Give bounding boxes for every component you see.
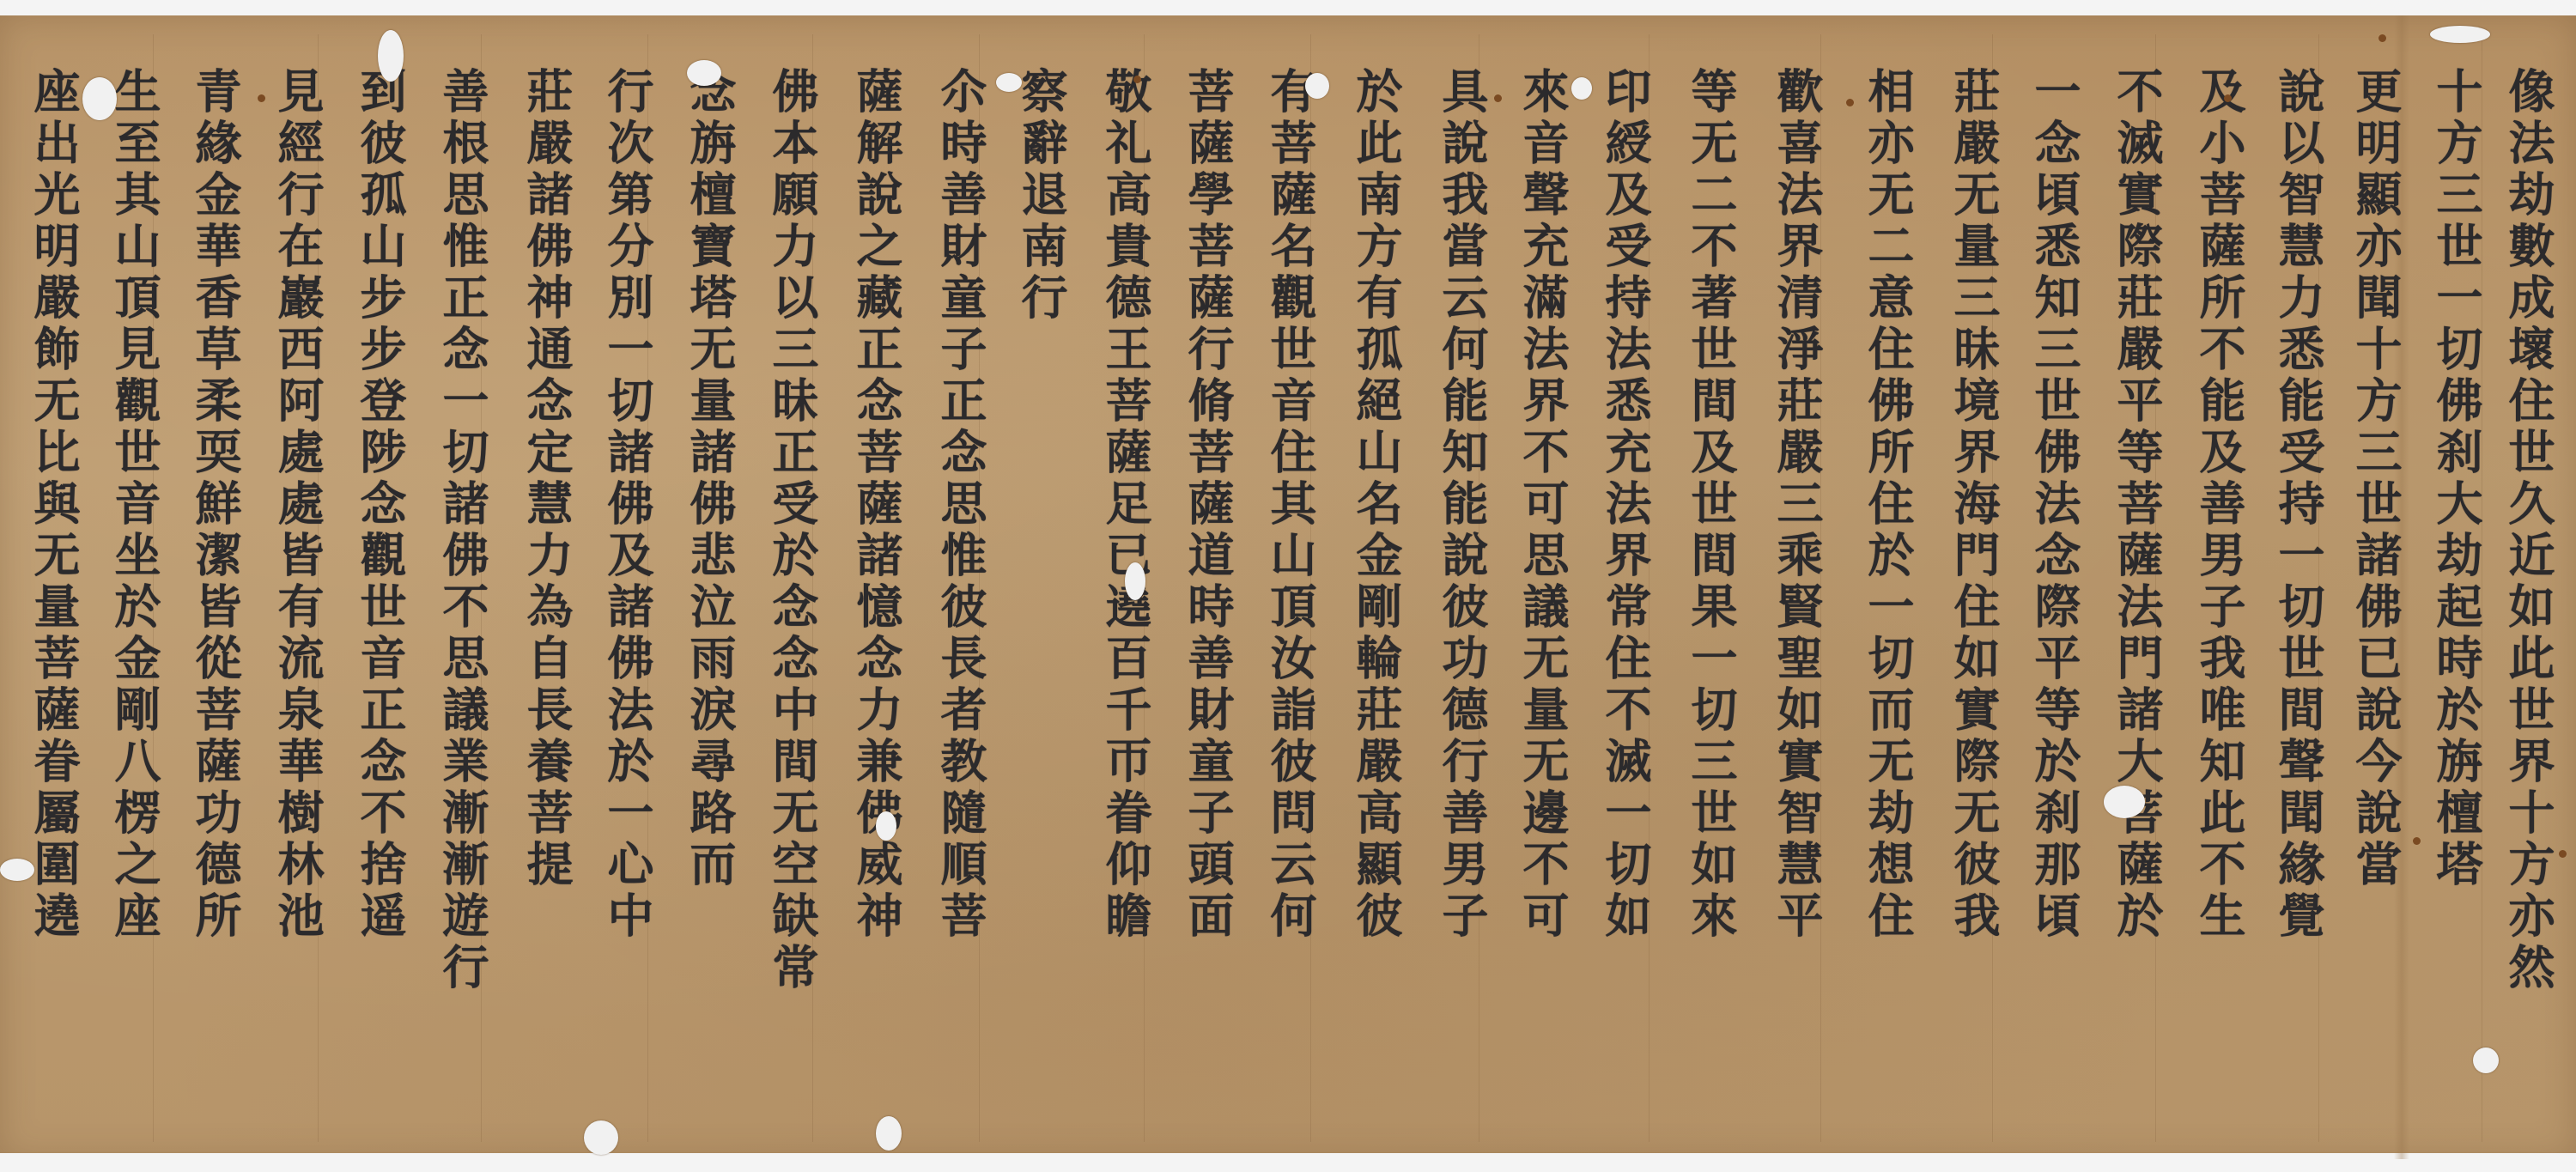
damage-hole [1125, 562, 1145, 600]
stain-spot [2413, 837, 2421, 845]
stain-spot [2559, 850, 2567, 858]
scroll-bottom-edge [0, 1153, 2576, 1172]
damage-hole [2104, 786, 2145, 818]
text-column-2: 十方三世一切佛刹大劫起時於旃檀塔 [2433, 67, 2480, 891]
stain-spot [1494, 94, 1502, 102]
text-column-28: 見經行在巖西阿處處皆有流泉華樹林池 [275, 67, 321, 943]
stain-spot [2224, 94, 2232, 102]
text-column-15: 於此南方有孤絕山名金剛輪莊嚴高顯彼 [1353, 67, 1400, 943]
stain-spot [258, 94, 265, 102]
damage-hole [0, 859, 34, 881]
stain-spot [2379, 34, 2386, 42]
text-column-10: 歡喜法界清淨莊嚴三乘賢聖如實智慧平 [1774, 67, 1820, 943]
damage-hole [687, 60, 721, 86]
text-column-30: 生至其山頂見觀世音坐於金剛八楞之座 [112, 67, 158, 943]
text-column-24: 行次第分別一切諸佛及諸佛法於一心中 [605, 67, 651, 943]
text-column-5: 及小菩薩所不能及善男子我唯知此不生 [2196, 67, 2243, 943]
text-column-11: 等无二不著世間及世間果一切三世如來 [1688, 67, 1735, 943]
text-column-19: 察辭退南行 [1018, 67, 1065, 325]
damage-hole [1571, 77, 1592, 100]
text-column-26: 善根思惟正念一切諸佛不思議業漸漸遊行 [440, 67, 486, 994]
stain-spot [1133, 76, 1141, 83]
text-column-8: 莊嚴无量三昧境界海門住如實際无彼我 [1951, 67, 1997, 943]
text-column-14: 具說我當云何能知能說彼功德行善男子 [1439, 67, 1485, 943]
text-column-4: 說以智慧力悉能受持一切世間聲聞緣覺 [2275, 67, 2322, 943]
text-column-7: 一念頃悉知三世佛法念際平等於刹那頃 [2032, 67, 2078, 943]
text-column-12: 印綬及受持法悉充法界常住不滅一切如 [1602, 67, 1649, 943]
text-column-13: 來音聲充滿法界不可思議无量无邊不可 [1520, 67, 1566, 943]
damage-hole [2473, 1048, 2499, 1073]
text-column-21: 薩解說之藏正念菩薩諸憶念力兼佛威神 [854, 67, 900, 943]
text-column-22: 佛本願力以三昧正受於念念中間无空缺常 [769, 67, 816, 994]
text-column-18: 敬礼高貴德王菩薩足已遶百千帀眷仰瞻 [1103, 67, 1149, 943]
text-column-20: 尒時善財童子正念思惟彼長者教隨順菩 [938, 67, 984, 943]
text-column-3: 更明顯亦聞十方三世諸佛已說今說當 [2353, 67, 2399, 891]
damage-hole [584, 1120, 618, 1155]
stain-spot [1846, 99, 1854, 106]
damage-hole [996, 73, 1022, 92]
damage-hole [82, 77, 117, 120]
text-column-1: 像法劫數成壞住世久近如此世界十方亦然 [2506, 67, 2552, 994]
text-column-16: 有菩薩名觀世音住其山頂汝詣彼問云何 [1267, 67, 1314, 943]
text-column-27: 到彼孤山步步登陟念觀世音正念不捨遥 [357, 67, 404, 943]
text-column-31: 座出光明嚴飾无比與无量菩薩眷屬圍遶 [31, 67, 77, 943]
text-column-9: 相亦无二意住佛所住於一切而无劫想住 [1865, 67, 1911, 943]
text-column-17: 菩薩學菩薩行脩菩薩道時善財童子頭面 [1185, 67, 1231, 943]
text-column-29: 青緣金華香草柔耎鮮潔皆從菩薩功德所 [192, 67, 239, 943]
text-column-23: 念旃檀寶塔无量諸佛悲泣雨淚尋路而 [687, 67, 733, 891]
damage-hole [1305, 73, 1329, 99]
damage-hole [2430, 26, 2490, 43]
damage-hole [876, 811, 896, 841]
damage-hole [378, 30, 404, 82]
damage-hole [876, 1116, 902, 1151]
text-column-25: 莊嚴諸佛神通念定慧力為自長養菩提 [524, 67, 570, 891]
